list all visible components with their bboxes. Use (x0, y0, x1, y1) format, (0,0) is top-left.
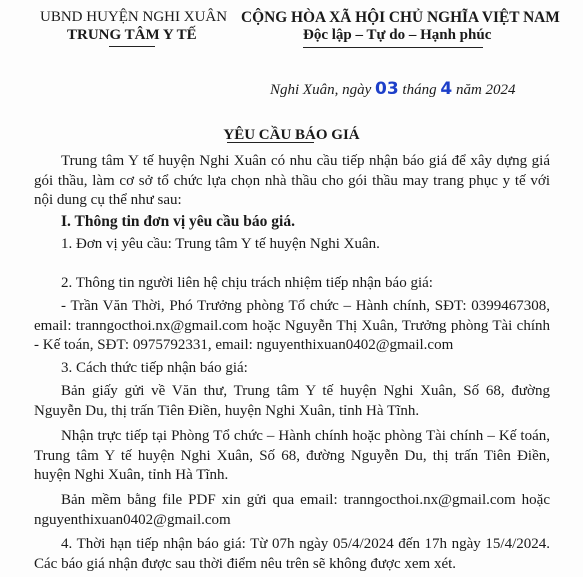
item-3-paper-submission: Bản giấy gửi về Văn thư, Trung tâm Y tế … (34, 382, 550, 421)
intro-paragraph: Trung tâm Y tế huyện Nghi Xuân có nhu cầ… (34, 152, 550, 211)
item-4-deadline: 4. Thời hạn tiếp nhận báo giá: Từ 07h ng… (34, 535, 550, 574)
title-underline (227, 142, 314, 143)
issuing-authority: UBND HUYỆN NGHI XUÂN (40, 9, 227, 26)
dateline-day: 03 (375, 79, 399, 99)
item-1-requesting-unit: 1. Đơn vị yêu cầu: Trung tâm Y tế huyện … (61, 235, 551, 255)
dateline-year: năm 2024 (452, 82, 515, 98)
dateline-month: 4 (440, 79, 452, 99)
motto-underline (303, 47, 483, 48)
dateline-month-label: tháng (399, 82, 441, 98)
national-motto: Độc lập – Tự do – Hạnh phúc (303, 27, 491, 44)
item-2-contacts: - Trần Văn Thời, Phó Trưởng phòng Tổ chứ… (34, 297, 550, 356)
dateline-place: Nghi Xuân, ngày (270, 82, 375, 98)
item-3-electronic-submission: Bản mềm bằng file PDF xin gửi qua email:… (34, 491, 550, 530)
item-2-contact-heading: 2. Thông tin người liên hệ chịu trách nh… (61, 274, 551, 294)
issuing-organization: TRUNG TÂM Y TẾ (67, 27, 197, 44)
item-3-method-heading: 3. Cách thức tiếp nhận báo giá: (61, 359, 551, 379)
section-1-heading: I. Thông tin đơn vị yêu cầu báo giá. (61, 212, 551, 232)
national-title: CỘNG HÒA XÃ HỘI CHỦ NGHĨA VIỆT NAM (241, 9, 560, 27)
item-3-direct-submission: Nhận trực tiếp tại Phòng Tổ chức – Hành … (34, 427, 550, 486)
dateline: Nghi Xuân, ngày 03 tháng 4 năm 2024 (270, 79, 516, 99)
organization-underline (109, 46, 155, 47)
